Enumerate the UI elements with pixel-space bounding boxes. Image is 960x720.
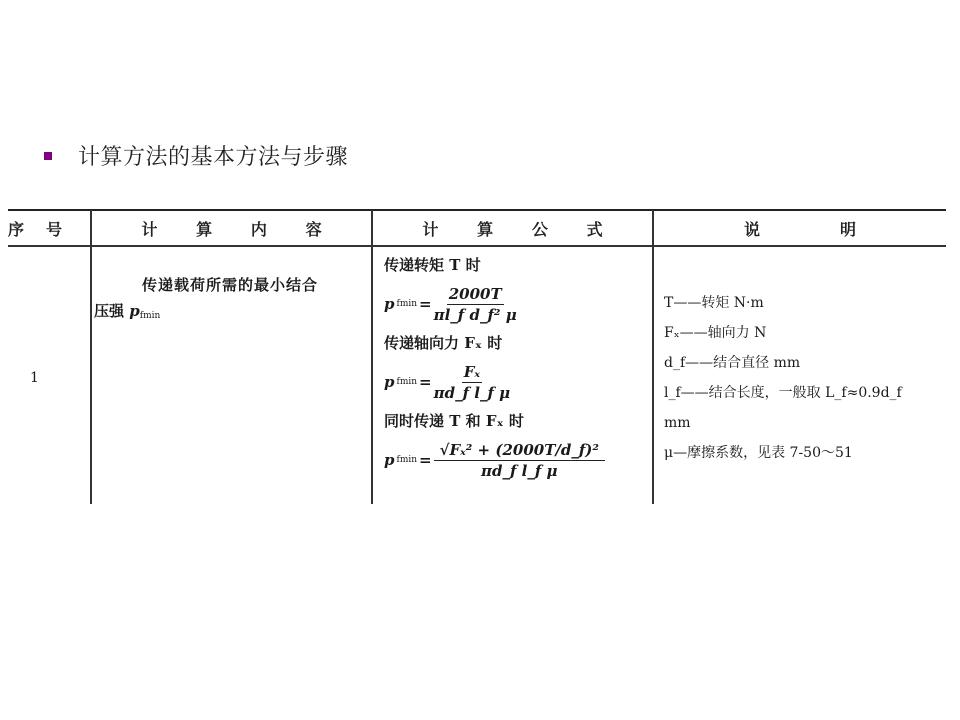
table-header-rule (8, 245, 946, 247)
column-divider (652, 210, 654, 504)
equals-sign: = (419, 451, 432, 469)
header-seq: 序 号 (8, 212, 90, 244)
header-char: 号 (46, 217, 62, 240)
formula-label: 同时传递 T 和 Fₓ 时 (384, 410, 644, 432)
formula-lhs: p (384, 373, 395, 391)
header-formula: 计 算 公 式 (373, 212, 652, 244)
desc-line: Fₓ——轴向力 N (664, 318, 944, 348)
slide: 计算方法的基本方法与步骤 序 号 计 算 内 容 计 算 公 式 说 明 1 (0, 0, 960, 720)
formula-label: 传递轴向力 Fₓ 时 (384, 332, 644, 354)
numerator: 2000T (447, 285, 504, 305)
column-divider (90, 210, 92, 504)
desc-line: d_f——结合直径 mm (664, 348, 944, 378)
formula-lhs: p (384, 295, 395, 313)
bullet-square-icon (44, 152, 52, 160)
denominator: πd_f l_f μ (481, 461, 558, 480)
formula-lhs-sub: fmin (397, 299, 418, 309)
header-char: 算 (477, 217, 493, 240)
content-text: 压强 (94, 302, 124, 320)
numerator: √Fₓ² + (2000T/d_f)² (434, 441, 605, 461)
row-formulas: 传递转矩 T 时 pfmin = 2000T πl_f d_f² μ 传递轴向力… (384, 254, 644, 488)
numerator: Fₓ (462, 363, 482, 383)
formula-lhs-sub: fmin (397, 377, 418, 387)
column-divider (371, 210, 373, 504)
fraction: Fₓ πd_f l_f μ (434, 363, 511, 402)
header-char: 公 (532, 217, 548, 240)
symbol-subscript: fmin (140, 311, 161, 321)
header-char: 序 (8, 217, 24, 240)
calculation-table: 序 号 计 算 内 容 计 算 公 式 说 明 1 传递载荷所需的最小结合 压强… (0, 208, 946, 504)
desc-line: l_f——结合长度，一般取 L_f≈0.9d_f (664, 378, 944, 408)
header-char: 明 (840, 217, 856, 240)
equals-sign: = (419, 295, 432, 313)
header-char: 算 (196, 217, 212, 240)
equals-sign: = (419, 373, 432, 391)
denominator: πl_f d_f² μ (434, 305, 517, 324)
fraction: 2000T πl_f d_f² μ (434, 285, 517, 324)
desc-line: mm (664, 408, 944, 438)
table-top-rule (8, 209, 946, 211)
header-char: 式 (587, 217, 603, 240)
header-char: 说 (744, 217, 760, 240)
formula-equation: pfmin = Fₓ πd_f l_f μ (384, 354, 644, 410)
formula-lhs-sub: fmin (397, 455, 418, 465)
header-char: 内 (251, 217, 267, 240)
formula-lhs: p (384, 451, 395, 469)
desc-line: T——转矩 N·m (664, 288, 944, 318)
fraction: √Fₓ² + (2000T/d_f)² πd_f l_f μ (434, 441, 605, 480)
desc-line: μ—摩擦系数，见表 7-50～51 (664, 438, 944, 468)
formula-equation: pfmin = √Fₓ² + (2000T/d_f)² πd_f l_f μ (384, 432, 644, 488)
row-description: T——转矩 N·m Fₓ——轴向力 N d_f——结合直径 mm l_f——结合… (664, 288, 944, 468)
symbol-p: p (129, 302, 140, 320)
header-char: 计 (422, 217, 438, 240)
header-description: 说 明 (654, 212, 946, 244)
formula-label: 传递转矩 T 时 (384, 254, 644, 276)
denominator: πd_f l_f μ (434, 383, 511, 402)
header-content: 计 算 内 容 (92, 212, 371, 244)
content-line: 压强 pfmin (94, 298, 364, 329)
row-content: 传递载荷所需的最小结合 压强 pfmin (94, 272, 364, 329)
bullet-heading: 计算方法的基本方法与步骤 (44, 140, 348, 171)
row-seq-number: 1 (30, 370, 39, 386)
content-line: 传递载荷所需的最小结合 (94, 272, 364, 298)
heading-text: 计算方法的基本方法与步骤 (78, 140, 348, 171)
formula-equation: pfmin = 2000T πl_f d_f² μ (384, 276, 644, 332)
header-char: 容 (306, 217, 322, 240)
header-char: 计 (141, 217, 157, 240)
